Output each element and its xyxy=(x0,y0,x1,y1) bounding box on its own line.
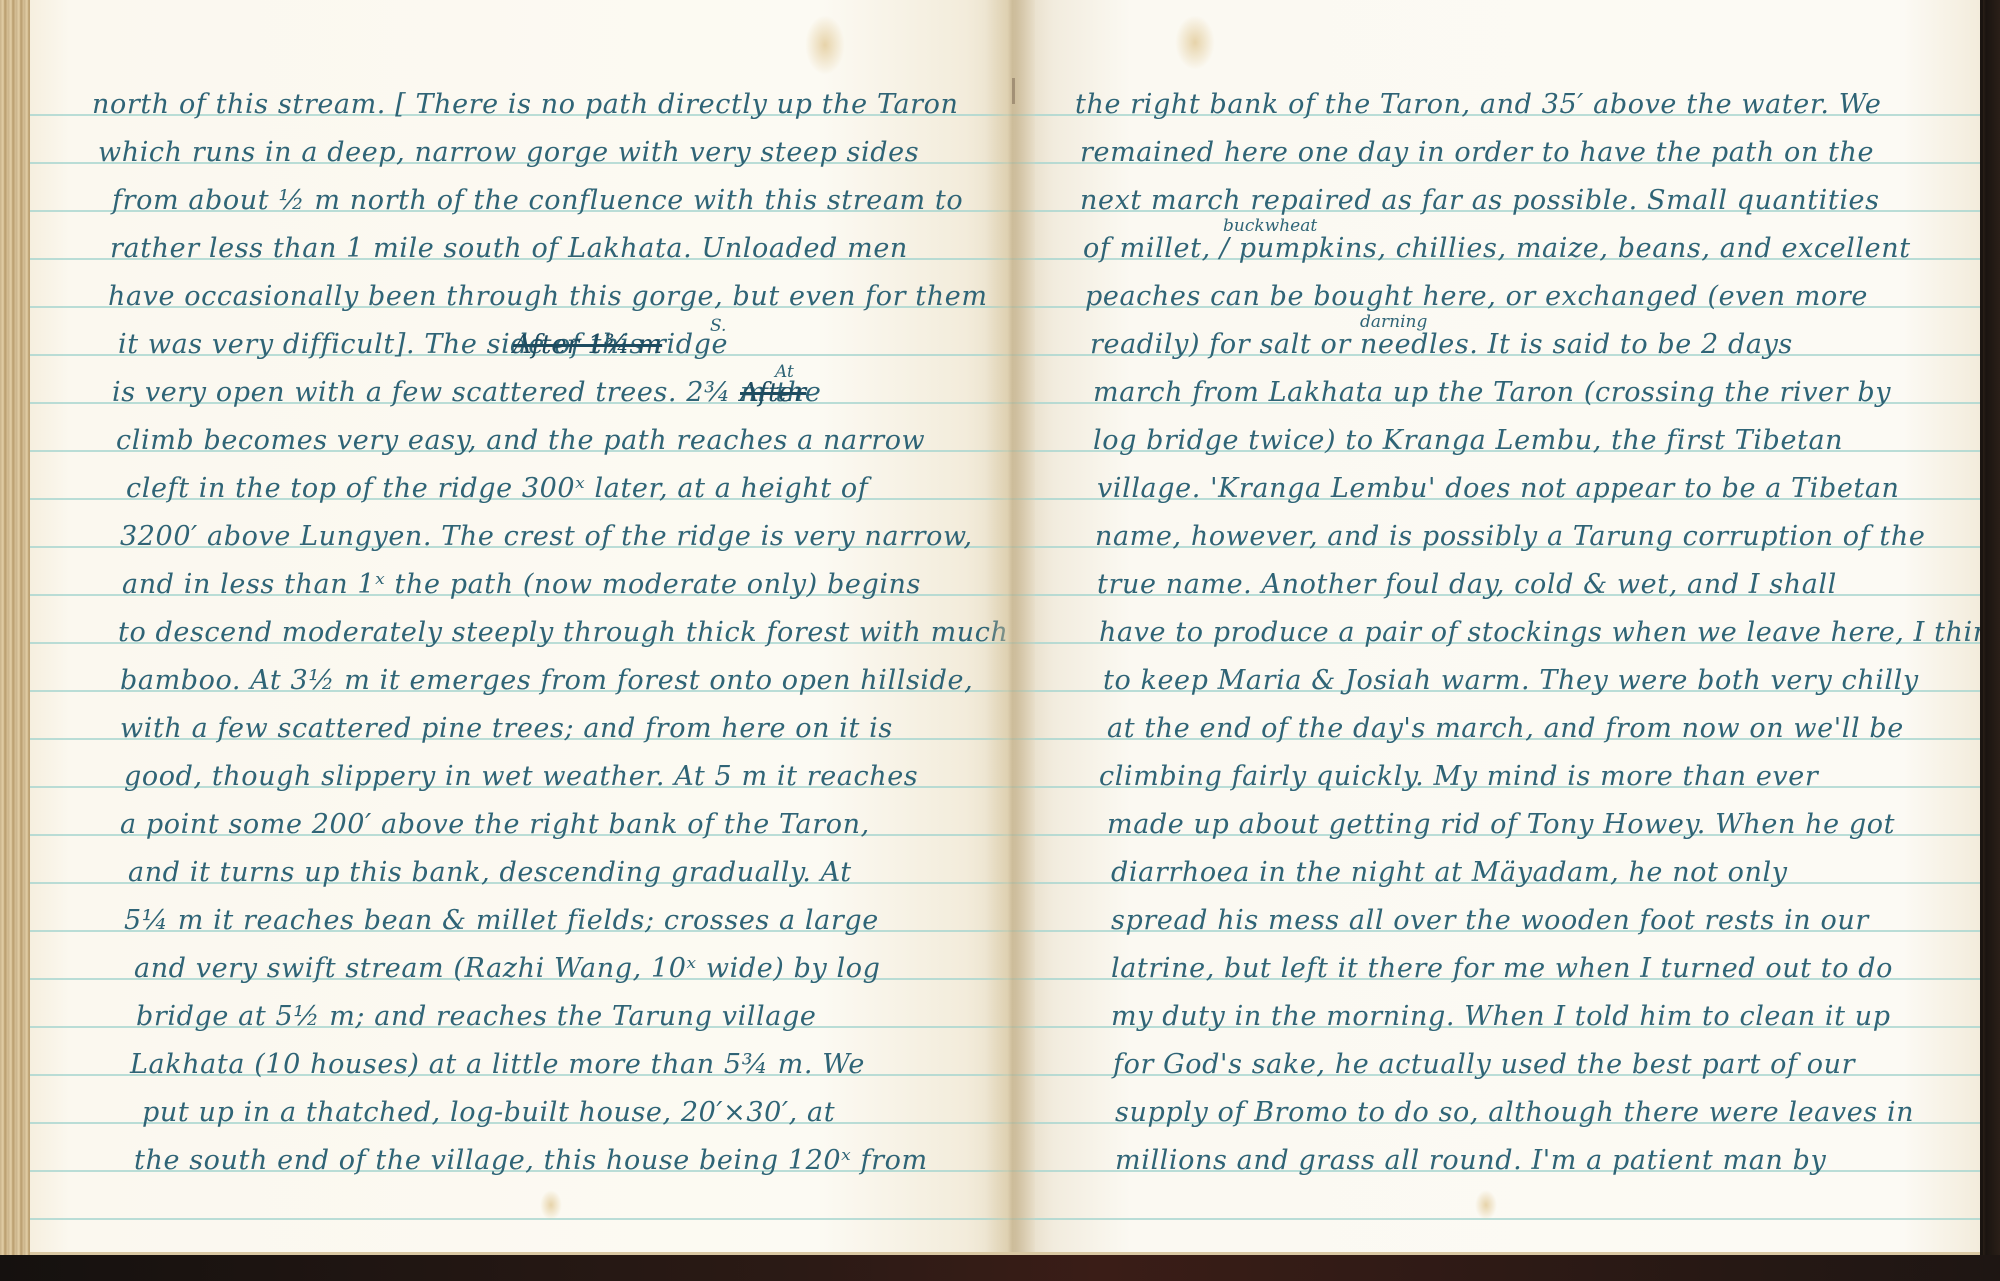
handwritten-line: climb becomes very easy, and the path re… xyxy=(116,426,925,456)
handwritten-line: which runs in a deep, narrow gorge with … xyxy=(98,138,919,168)
struck-through-text: After xyxy=(740,378,806,408)
paper-stain xyxy=(540,1190,562,1220)
handwritten-line: a point some 200′ above the right bank o… xyxy=(120,810,870,840)
handwritten-line: and it turns up this bank, descending gr… xyxy=(128,858,852,888)
handwritten-line: climbing fairly quickly. My mind is more… xyxy=(1099,762,1818,792)
rule-line xyxy=(1015,1218,1980,1220)
inserted-correction: At xyxy=(775,362,794,382)
handwritten-line: the south end of the village, this house… xyxy=(134,1146,928,1176)
handwritten-line: next march repaired as far as possible. … xyxy=(1080,186,1880,216)
handwritten-line: log bridge twice) to Kranga Lembu, the f… xyxy=(1093,426,1843,456)
handwritten-line: latrine, but left it there for me when I… xyxy=(1111,954,1893,984)
handwritten-line: from about ½ m north of the confluence w… xyxy=(112,186,963,216)
handwritten-line: good, though slippery in wet weather. At… xyxy=(124,762,918,792)
notebook-spread: north of this stream. [ There is no path… xyxy=(0,0,2000,1281)
handwritten-line: the right bank of the Taron, and 35′ abo… xyxy=(1075,90,1881,120)
handwritten-line: peaches can be bought here, or exchanged… xyxy=(1085,282,1868,312)
handwritten-line: supply of Bromo to do so, although there… xyxy=(1115,1098,1914,1128)
rule-line xyxy=(30,1218,1015,1220)
handwritten-line: and in less than 1ˣ the path (now modera… xyxy=(122,570,921,600)
paper-stain xyxy=(1475,1190,1497,1220)
handwritten-line: my duty in the morning. When I told him … xyxy=(1111,1002,1891,1032)
handwritten-line: readily) for salt or needles. It is said… xyxy=(1090,330,1793,360)
handwritten-line: rather less than 1 mile south of Lakhata… xyxy=(110,234,908,264)
handwritten-line: north of this stream. [ There is no path… xyxy=(92,90,959,120)
handwritten-line: at the end of the day's march, and from … xyxy=(1107,714,1904,744)
handwritten-line: put up in a thatched, log-built house, 2… xyxy=(142,1098,835,1128)
handwritten-line: bamboo. At 3½ m it emerges from forest o… xyxy=(120,666,973,696)
handwritten-line: of millet, / pumpkins, chillies, maize, … xyxy=(1083,234,1911,264)
handwritten-line: to keep Maria & Josiah warm. They were b… xyxy=(1103,666,1919,696)
handwritten-line: millions and grass all round. I'm a pati… xyxy=(1115,1146,1826,1176)
handwritten-line: village. 'Kranga Lembu' does not appear … xyxy=(1097,474,1900,504)
handwritten-line: cleft in the top of the ridge 300ˣ later… xyxy=(126,474,868,504)
right-page: the right bank of the Taron, and 35′ abo… xyxy=(1015,0,1980,1255)
handwritten-line: and very swift stream (Razhi Wang, 10ˣ w… xyxy=(134,954,881,984)
handwritten-line: 3200′ above Lungyen. The crest of the ri… xyxy=(120,522,973,552)
struck-through-text: After 1¾ m xyxy=(513,330,662,360)
left-page: north of this stream. [ There is no path… xyxy=(30,0,1015,1255)
handwritten-line: made up about getting rid of Tony Howey.… xyxy=(1107,810,1895,840)
handwritten-line: diarrhoea in the night at Mäyadam, he no… xyxy=(1111,858,1788,888)
handwritten-line: have occasionally been through this gorg… xyxy=(108,282,988,312)
handwritten-line: for God's sake, he actually used the bes… xyxy=(1113,1050,1855,1080)
handwritten-line: have to produce a pair of stockings when… xyxy=(1099,618,1980,648)
handwritten-line: name, however, and is possibly a Tarung … xyxy=(1095,522,1925,552)
handwritten-line: Lakhata (10 houses) at a little more tha… xyxy=(130,1050,865,1080)
binding-stitch xyxy=(1012,78,1015,104)
paper-stain xyxy=(1175,15,1215,70)
handwritten-line: remained here one day in order to have t… xyxy=(1080,138,1874,168)
handwritten-line: true name. Another foul day, cold & wet,… xyxy=(1097,570,1837,600)
paper-stain xyxy=(805,15,845,75)
handwritten-line: to descend moderately steeply through th… xyxy=(118,618,1008,648)
handwritten-line: is very open with a few scattered trees.… xyxy=(112,378,821,408)
book-cover-bottom xyxy=(0,1252,2000,1281)
book-cover-right-edge xyxy=(1980,0,2000,1255)
page-edges-stack xyxy=(0,0,30,1255)
handwritten-line: with a few scattered pine trees; and fro… xyxy=(120,714,893,744)
handwritten-line: bridge at 5½ m; and reaches the Tarung v… xyxy=(136,1002,816,1032)
handwritten-line: march from Lakhata up the Taron (crossin… xyxy=(1093,378,1891,408)
inserted-correction: S. xyxy=(710,316,726,336)
handwritten-line: 5¼ m it reaches bean & millet fields; cr… xyxy=(124,906,879,936)
handwritten-line: spread his mess all over the wooden foot… xyxy=(1111,906,1869,936)
